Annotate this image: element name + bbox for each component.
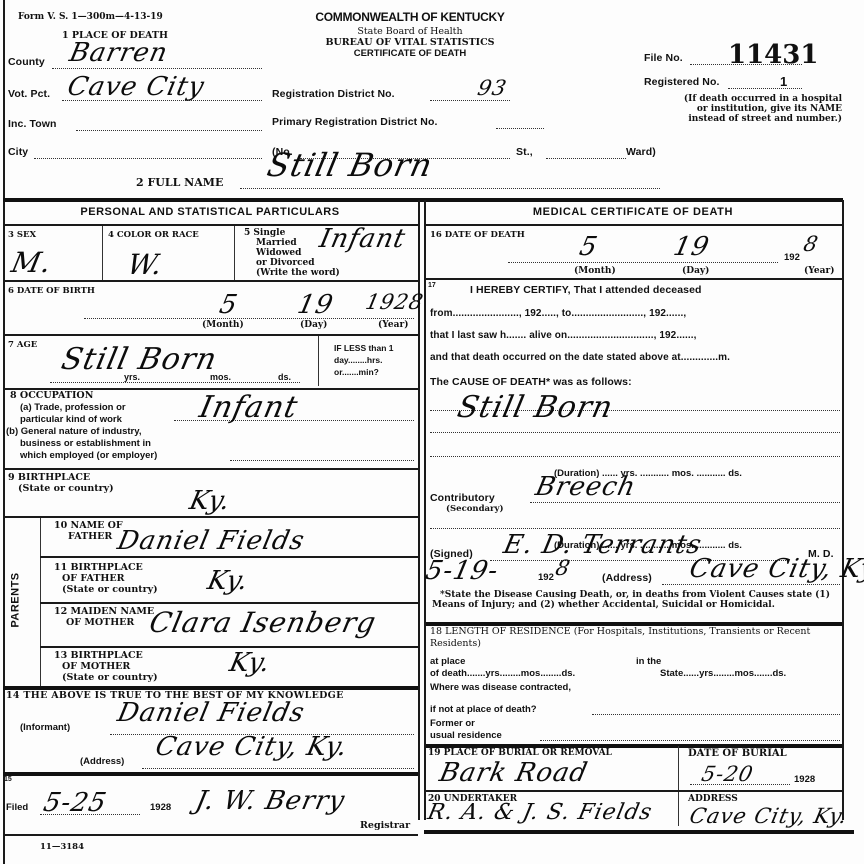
secondary-label: (Secondary) bbox=[446, 504, 503, 514]
contributory-label: Contributory bbox=[430, 492, 495, 504]
registrar-label: Registrar bbox=[360, 820, 410, 831]
commonwealth-title: COMMONWEALTH OF KENTUCKY bbox=[290, 10, 530, 24]
dod-day: 19 bbox=[671, 232, 712, 262]
filed-label: Filed bbox=[6, 802, 28, 813]
filed-date: 5-25 bbox=[41, 788, 110, 818]
undertaker-value: R. A. & J. S. Fields bbox=[425, 800, 654, 825]
if-not-line bbox=[592, 714, 840, 715]
st-label: St., bbox=[516, 146, 533, 158]
vot-pct-label: Vot. Pct. bbox=[8, 88, 50, 100]
full-name-label: 2 FULL NAME bbox=[136, 176, 223, 189]
signed-address-value: Cave City, Ky. bbox=[687, 554, 864, 584]
full-name-line bbox=[240, 188, 660, 189]
footer-code: 11—3184 bbox=[40, 842, 84, 852]
mother-bp-label: 13 BIRTHPLACE OF MOTHER (State or countr… bbox=[54, 650, 158, 683]
bureau-title: BUREAU OF VITAL STATISTICS bbox=[290, 37, 530, 48]
occupation-label: 8 OCCUPATION (a) Trade, profession or pa… bbox=[6, 390, 157, 462]
title-block: COMMONWEALTH OF KENTUCKY State Board of … bbox=[290, 10, 530, 59]
ward-line bbox=[546, 158, 626, 159]
contributory-line bbox=[530, 502, 840, 503]
if-not: if not at place of death? bbox=[430, 704, 537, 715]
usual-residence-line bbox=[540, 740, 840, 741]
dob-month: 5 bbox=[217, 290, 241, 320]
top-rule bbox=[3, 198, 843, 202]
sex-divider bbox=[102, 226, 103, 280]
race-label: 4 COLOR OR RACE bbox=[108, 230, 199, 240]
file-no-label: File No. bbox=[644, 52, 683, 64]
age-label: 7 AGE bbox=[8, 340, 37, 350]
former: Former or bbox=[430, 718, 475, 729]
certify-text: I HEREBY CERTIFY, That I attended deceas… bbox=[470, 284, 702, 296]
row-rule-1 bbox=[3, 280, 418, 282]
ward-label: Ward) bbox=[626, 146, 656, 158]
dob-year-caption: (Year) bbox=[378, 320, 408, 330]
cause-line-3 bbox=[430, 456, 840, 457]
birthplace-value: Ky. bbox=[187, 486, 234, 516]
county-value: Barren bbox=[67, 38, 171, 68]
informant-address-value: Cave City, Ky. bbox=[153, 732, 351, 762]
vot-pct-value: Cave City bbox=[65, 72, 207, 102]
dob-line bbox=[84, 318, 414, 319]
row-rule-5 bbox=[3, 516, 418, 518]
board-title: State Board of Health bbox=[290, 26, 530, 37]
row-rule-7 bbox=[40, 602, 418, 604]
of-death-line: of death.......yrs........mos........ds. bbox=[430, 668, 575, 679]
last-saw-line: that I last saw h....... alive on.......… bbox=[430, 330, 696, 341]
at-place: at place bbox=[430, 656, 465, 667]
dod-year-caption: (Year) bbox=[804, 266, 834, 276]
reg-district-value: 93 bbox=[475, 76, 509, 100]
dod-year-suffix: 8 bbox=[801, 232, 820, 256]
city-line bbox=[34, 158, 262, 159]
burial-divider bbox=[678, 746, 679, 826]
dob-year: 1928 bbox=[363, 290, 426, 314]
birthplace-label: 9 BIRTHPLACE (State or country) bbox=[8, 472, 114, 494]
primary-reg-label: Primary Registration District No. bbox=[272, 116, 438, 128]
filed-num: 15 bbox=[4, 776, 12, 783]
undertaker-address-label: ADDRESS bbox=[688, 794, 738, 804]
bottom-rule-right bbox=[424, 830, 854, 834]
dod-day-caption: (Day) bbox=[682, 266, 709, 276]
medical-rule-1 bbox=[426, 278, 842, 280]
filed-year: 1928 bbox=[150, 802, 171, 813]
state-line: State......yrs........mos.......ds. bbox=[660, 668, 786, 679]
father-bp-label: 11 BIRTHPLACE OF FATHER (State or countr… bbox=[54, 562, 158, 595]
row-rule-6 bbox=[40, 556, 418, 558]
hospital-note: (If death occurred in a hospital or inst… bbox=[680, 94, 842, 124]
certify-num: 17 bbox=[428, 282, 436, 289]
burial-date-label: DATE OF BURIAL bbox=[688, 748, 787, 759]
mother-name-label: 12 MAIDEN NAME OF MOTHER bbox=[54, 606, 154, 628]
registrar-signature: J. W. Berry bbox=[193, 786, 348, 816]
cause-label: The CAUSE OF DEATH* was as follows: bbox=[430, 376, 632, 388]
bottom-rule-left bbox=[3, 834, 418, 836]
dod-month: 5 bbox=[577, 232, 601, 262]
full-name-value: Still Born bbox=[264, 146, 436, 184]
signed-address-label: (Address) bbox=[602, 572, 652, 584]
age-ds: ds. bbox=[278, 372, 291, 382]
mother-name-value: Clara Isenberg bbox=[146, 606, 379, 639]
dob-day: 19 bbox=[295, 290, 336, 320]
undertaker-address-value: Cave City, Ky. bbox=[687, 804, 849, 828]
in-the: in the bbox=[636, 656, 661, 667]
father-name-label: 10 NAME OF FATHER bbox=[54, 520, 123, 542]
dob-label: 6 DATE OF BIRTH bbox=[8, 286, 95, 296]
age-yrs: yrs. bbox=[124, 372, 140, 382]
sex-label: 3 SEX bbox=[8, 230, 36, 240]
marital-value: Infant bbox=[317, 224, 409, 254]
dob-month-caption: (Month) bbox=[202, 320, 244, 330]
inc-town-line bbox=[76, 130, 262, 131]
medical-rule-4 bbox=[426, 790, 842, 792]
medical-title-rule bbox=[426, 224, 842, 226]
cause-line-2 bbox=[430, 432, 840, 433]
burial-date-value: 5-20 bbox=[699, 762, 755, 786]
age-divider bbox=[318, 336, 319, 386]
parents-label: PARENTS bbox=[10, 572, 22, 627]
dod-label: 16 DATE OF DEATH bbox=[430, 230, 525, 240]
burial-year: 1928 bbox=[794, 774, 815, 785]
signed-year-prefix: 192 bbox=[538, 572, 554, 583]
row-rule-4 bbox=[3, 468, 418, 470]
cause-value: Still Born bbox=[454, 390, 616, 425]
burial-place-label: 19 PLACE OF BURIAL OR REMOVAL bbox=[428, 748, 612, 758]
county-line bbox=[52, 68, 262, 69]
informant-label: (Informant) bbox=[20, 722, 70, 733]
personal-section-title: PERSONAL AND STATISTICAL PARTICULARS bbox=[3, 206, 417, 218]
where-contracted: Where was disease contracted, bbox=[430, 682, 571, 693]
file-no-value: 11431 bbox=[728, 40, 818, 70]
registered-no-value: 1 bbox=[780, 74, 787, 89]
right-border bbox=[842, 200, 844, 820]
medical-section-title: MEDICAL CERTIFICATE OF DEATH bbox=[426, 206, 840, 218]
dod-line bbox=[508, 262, 778, 263]
sex-value: M. bbox=[8, 246, 55, 279]
county-label: County bbox=[8, 56, 45, 68]
less-than-label: IF LESS than 1 day........hrs. or.......… bbox=[334, 342, 394, 378]
occupation-b-line bbox=[230, 460, 414, 461]
residence-label: 18 LENGTH OF RESIDENCE (For Hospitals, I… bbox=[430, 626, 838, 650]
race-value: W. bbox=[124, 248, 166, 281]
row-rule-8 bbox=[40, 646, 418, 648]
mother-bp-value: Ky. bbox=[227, 648, 274, 678]
reg-district-label: Registration District No. bbox=[272, 88, 395, 100]
left-border bbox=[3, 0, 5, 864]
age-mos: mos. bbox=[210, 372, 231, 382]
informant-address-line bbox=[142, 768, 414, 769]
usual-residence: usual residence bbox=[430, 730, 502, 741]
race-divider bbox=[234, 226, 235, 280]
inc-town-label: Inc. Town bbox=[8, 118, 57, 130]
signed-address-line bbox=[662, 584, 840, 585]
informant-address-label: (Address) bbox=[80, 756, 124, 767]
row-rule-2 bbox=[3, 334, 418, 336]
signed-date: 5-19- bbox=[423, 556, 502, 586]
burial-place-value: Bark Road bbox=[437, 758, 591, 788]
dob-day-caption: (Day) bbox=[300, 320, 327, 330]
from-line: from......................., 192....., t… bbox=[430, 308, 686, 319]
reg-district-line bbox=[430, 100, 510, 101]
certificate-title: CERTIFICATE OF DEATH bbox=[290, 48, 530, 59]
city-label: City bbox=[8, 146, 28, 158]
father-name-value: Daniel Fields bbox=[115, 526, 308, 556]
occurred-line: and that death occurred on the date stat… bbox=[430, 352, 730, 363]
row-rule-10 bbox=[3, 772, 418, 776]
father-bp-value: Ky. bbox=[205, 566, 252, 596]
informant-value: Daniel Fields bbox=[115, 698, 308, 728]
age-line bbox=[50, 382, 300, 383]
signed-value: E. D. Terrants bbox=[501, 530, 705, 560]
registered-no-line bbox=[728, 88, 802, 89]
occupation-value: Infant bbox=[196, 390, 301, 425]
dod-year-prefix: 192 bbox=[784, 252, 800, 263]
registered-no-label: Registered No. bbox=[644, 76, 720, 88]
form-id: Form V. S. 1—300m—4-13-19 bbox=[18, 12, 163, 22]
contributory-line-2 bbox=[430, 528, 840, 529]
footnote: *State the Disease Causing Death, or, in… bbox=[432, 590, 840, 610]
contributory-value: Breech bbox=[533, 472, 639, 502]
dod-month-caption: (Month) bbox=[574, 266, 616, 276]
primary-reg-line bbox=[496, 128, 544, 129]
